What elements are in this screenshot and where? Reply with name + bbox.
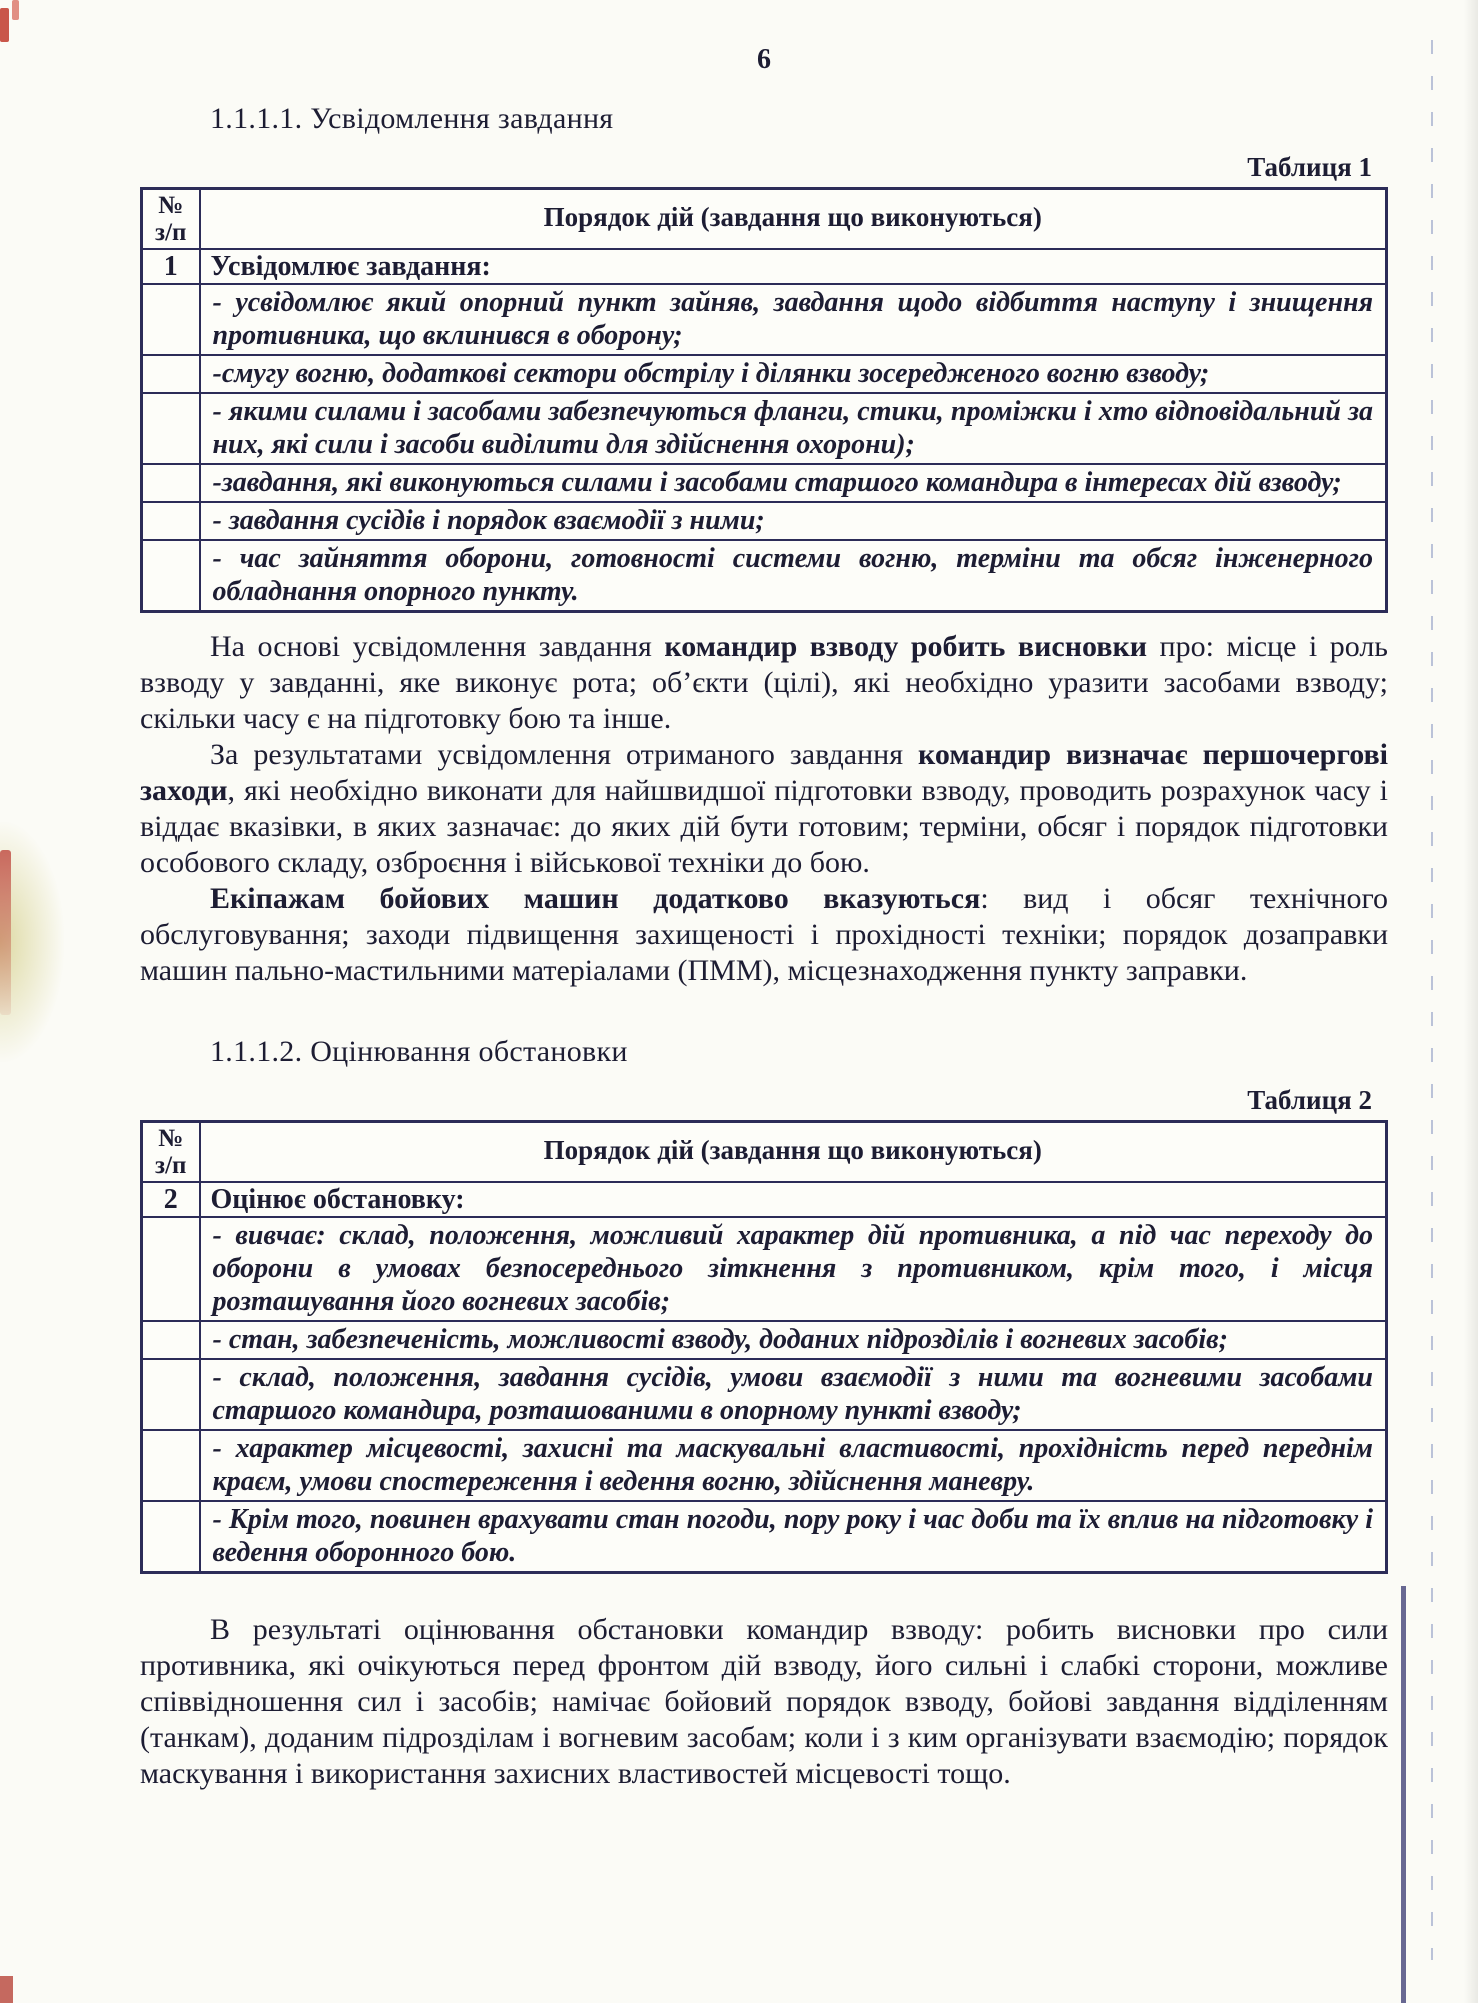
- table-2-row-title: Оцінює обстановку:: [200, 1182, 1387, 1217]
- table-1-item: -смугу вогню, додаткові сектори обстрілу…: [200, 355, 1387, 393]
- table-2-item: - склад, положення, завдання сусідів, ум…: [200, 1359, 1387, 1430]
- paragraph: Екіпажам бойових машин додатково вказуют…: [140, 881, 1388, 989]
- table-row: - Крім того, повинен врахувати стан пого…: [142, 1501, 1387, 1573]
- table-1-item: - час зайняття оборони, готовності систе…: [200, 540, 1387, 612]
- table-label-1: Таблиця 1: [140, 152, 1372, 183]
- table-2-col-header-actions: Порядок дій (завдання що виконуються): [200, 1122, 1387, 1183]
- table-1-item: -завдання, які виконуються силами і засо…: [200, 464, 1387, 502]
- table-1-row-title: Усвідомлює завдання:: [200, 249, 1387, 284]
- empty-num-cell: [142, 1430, 200, 1501]
- empty-num-cell: [142, 1501, 200, 1573]
- section-heading-1: 1.1.1.1. Усвідомлення завдання: [210, 102, 1388, 136]
- table-2-item: - Крім того, повинен врахувати стан пого…: [200, 1501, 1387, 1573]
- page-number: 6: [140, 0, 1388, 76]
- table-1-item: - якими силами і засобами забезпечуються…: [200, 393, 1387, 464]
- scan-artifact-left-red-streak: [0, 850, 11, 1015]
- scan-artifact-right-dashed-line: [1431, 40, 1433, 1960]
- table-row: 2 Оцінює обстановку:: [142, 1182, 1387, 1217]
- table-2-item: - стан, забезпеченість, можливості взвод…: [200, 1321, 1387, 1359]
- empty-num-cell: [142, 1217, 200, 1321]
- table-1: № з/п Порядок дій (завдання що виконують…: [140, 187, 1388, 613]
- paragraph: На основі усвідомлення завдання командир…: [140, 629, 1388, 737]
- table-row: - вивчає: склад, положення, можливий хар…: [142, 1217, 1387, 1321]
- table-1-col-header-actions: Порядок дій (завдання що виконуються): [200, 189, 1387, 250]
- table-row: - якими силами і засобами забезпечуються…: [142, 393, 1387, 464]
- scan-artifact-left-smudge: [0, 822, 64, 1062]
- empty-num-cell: [142, 502, 200, 540]
- scan-artifact-red-mark-top: [0, 8, 9, 42]
- table-2-header-row: № з/п Порядок дій (завдання що виконують…: [142, 1122, 1387, 1183]
- scanned-document-page: 6 1.1.1.1. Усвідомлення завдання Таблиця…: [0, 0, 1478, 2003]
- table-2-item: - вивчає: склад, положення, можливий хар…: [200, 1217, 1387, 1321]
- table-2-col-header-num: № з/п: [142, 1122, 200, 1183]
- scan-artifact-right-dark-bar: [1401, 1586, 1406, 2003]
- table-2: № з/п Порядок дій (завдання що виконують…: [140, 1120, 1388, 1574]
- table-label-2: Таблиця 2: [140, 1085, 1372, 1116]
- empty-num-cell: [142, 1359, 200, 1430]
- table-row: - усвідомлює який опорний пункт зайняв, …: [142, 284, 1387, 355]
- table-1-item: - завдання сусідів і порядок взаємодії з…: [200, 502, 1387, 540]
- empty-num-cell: [142, 355, 200, 393]
- empty-num-cell: [142, 393, 200, 464]
- document-content: 6 1.1.1.1. Усвідомлення завдання Таблиця…: [140, 0, 1388, 1792]
- table-row: -завдання, які виконуються силами і засо…: [142, 464, 1387, 502]
- empty-num-cell: [142, 540, 200, 612]
- table-row: 1 Усвідомлює завдання:: [142, 249, 1387, 284]
- empty-num-cell: [142, 464, 200, 502]
- scan-artifact-bottom-red-mark: [0, 1976, 13, 2003]
- table-row: - завдання сусідів і порядок взаємодії з…: [142, 502, 1387, 540]
- scan-artifact-red-mark-top-2: [12, 0, 19, 20]
- paragraph: В результаті оцінювання обстановки коман…: [140, 1612, 1388, 1792]
- paragraph: За результатами усвідомлення отриманого …: [140, 737, 1388, 881]
- body-text-block-2: В результаті оцінювання обстановки коман…: [140, 1612, 1388, 1792]
- table-row: - стан, забезпеченість, можливості взвод…: [142, 1321, 1387, 1359]
- empty-num-cell: [142, 1321, 200, 1359]
- table-1-item: - усвідомлює який опорний пункт зайняв, …: [200, 284, 1387, 355]
- table-2-row-number: 2: [142, 1182, 200, 1217]
- section-heading-2: 1.1.1.2. Оцінювання обстановки: [210, 1035, 1388, 1069]
- table-row: - час зайняття оборони, готовності систе…: [142, 540, 1387, 612]
- scan-artifact-right-edge-shadow: [1464, 0, 1478, 2003]
- table-row: - склад, положення, завдання сусідів, ум…: [142, 1359, 1387, 1430]
- table-1-header-row: № з/п Порядок дій (завдання що виконують…: [142, 189, 1387, 250]
- table-1-row-number: 1: [142, 249, 200, 284]
- table-1-col-header-num: № з/п: [142, 189, 200, 250]
- empty-num-cell: [142, 284, 200, 355]
- table-row: -смугу вогню, додаткові сектори обстрілу…: [142, 355, 1387, 393]
- body-text-block-1: На основі усвідомлення завдання командир…: [140, 629, 1388, 989]
- table-2-item: - характер місцевості, захисні та маскув…: [200, 1430, 1387, 1501]
- table-row: - характер місцевості, захисні та маскув…: [142, 1430, 1387, 1501]
